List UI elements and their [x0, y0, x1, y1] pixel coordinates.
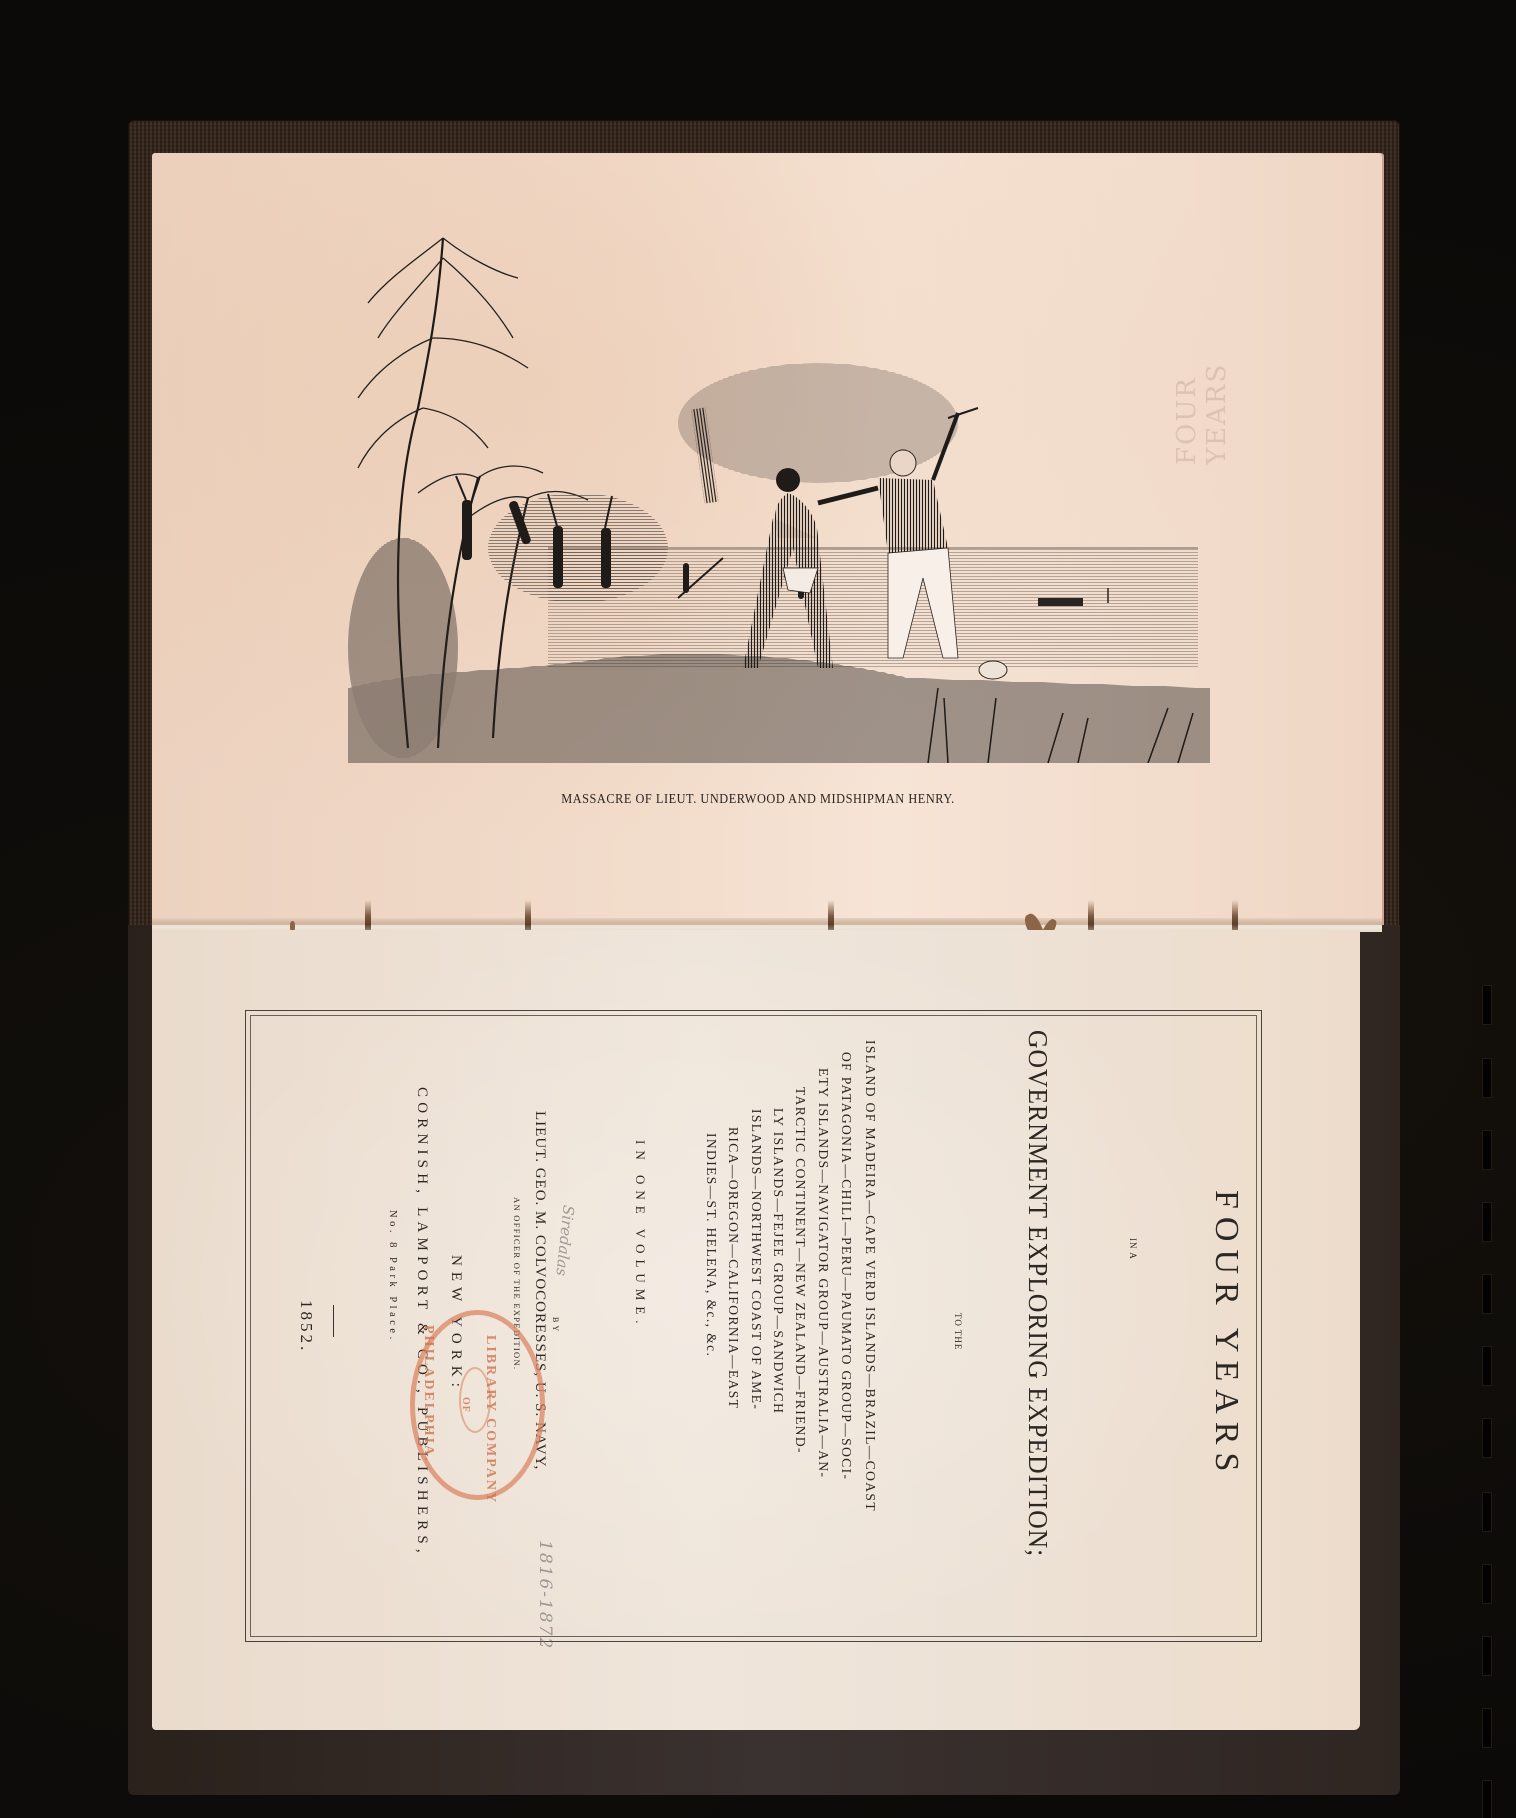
- by-label: BY: [551, 1317, 560, 1334]
- scanner-film-slots: [1482, 0, 1496, 1818]
- divider-rule: [333, 1305, 334, 1337]
- publication-year: 1852.: [296, 1300, 316, 1353]
- stamp-text: LIBRARY COMPANY: [482, 1335, 498, 1504]
- publisher-line: CORNISH, LAMPORT & CO., PUBLISHERS,: [413, 1087, 430, 1558]
- handwritten-dates: 1816-1872: [535, 1540, 555, 1650]
- slot: [1482, 1346, 1492, 1386]
- slot: [1482, 1564, 1492, 1604]
- slot: [1482, 1492, 1492, 1532]
- book-subtitle: GOVERNMENT EXPLORING EXPEDITION;: [1022, 1030, 1053, 1557]
- stamp-text: PHILADELPHIA.: [420, 1325, 436, 1463]
- destinations-line: ISLANDS—NORTHWEST COAST OF AME-: [748, 1109, 764, 1410]
- title-connector: IN A: [1128, 1238, 1138, 1260]
- destinations-line: INDIES—ST. HELENA, &c., &c.: [703, 1133, 719, 1357]
- book-title: FOUR YEARS: [1207, 1190, 1245, 1479]
- destinations-line: ETY ISLANDS—NAVIGATOR GROUP—AUSTRALIA—AN…: [815, 1068, 831, 1478]
- volume-note: IN ONE VOLUME.: [632, 1140, 648, 1330]
- slot: [1482, 1418, 1492, 1458]
- plate-caption: MASSACRE OF LIEUT. UNDERWOOD AND MIDSHIP…: [91, 792, 1425, 808]
- destinations-line: ISLAND OF MADEIRA—CAPE VERD ISLANDS—BRAZ…: [862, 1040, 878, 1512]
- destinations-line: LY ISLANDS—FEJEE GROUP—SANDWICH: [770, 1108, 786, 1414]
- title-connector: TO THE: [953, 1313, 963, 1350]
- slot: [1482, 1058, 1492, 1098]
- slot: [1482, 985, 1492, 1025]
- destinations-line: RICA—OREGON—CALIFORNIA—EAST: [725, 1127, 741, 1409]
- slot: [1482, 1202, 1492, 1242]
- slot: [1482, 1130, 1492, 1170]
- destinations-line: OF PATAGONIA—CHILI—PERU—PAUMATO GROUP—SO…: [838, 1052, 854, 1480]
- publisher-address: No. 8 Park Place.: [387, 1210, 398, 1343]
- slot: [1482, 1708, 1492, 1748]
- slot: [1482, 1636, 1492, 1676]
- frontispiece-engraving: [348, 218, 1210, 763]
- slot: [1482, 1274, 1492, 1314]
- destinations-line: TARCTIC CONTINENT—NEW ZEALAND—FRIEND-: [792, 1087, 808, 1454]
- stamp-text: OF: [460, 1397, 471, 1413]
- slot: [1482, 1780, 1492, 1818]
